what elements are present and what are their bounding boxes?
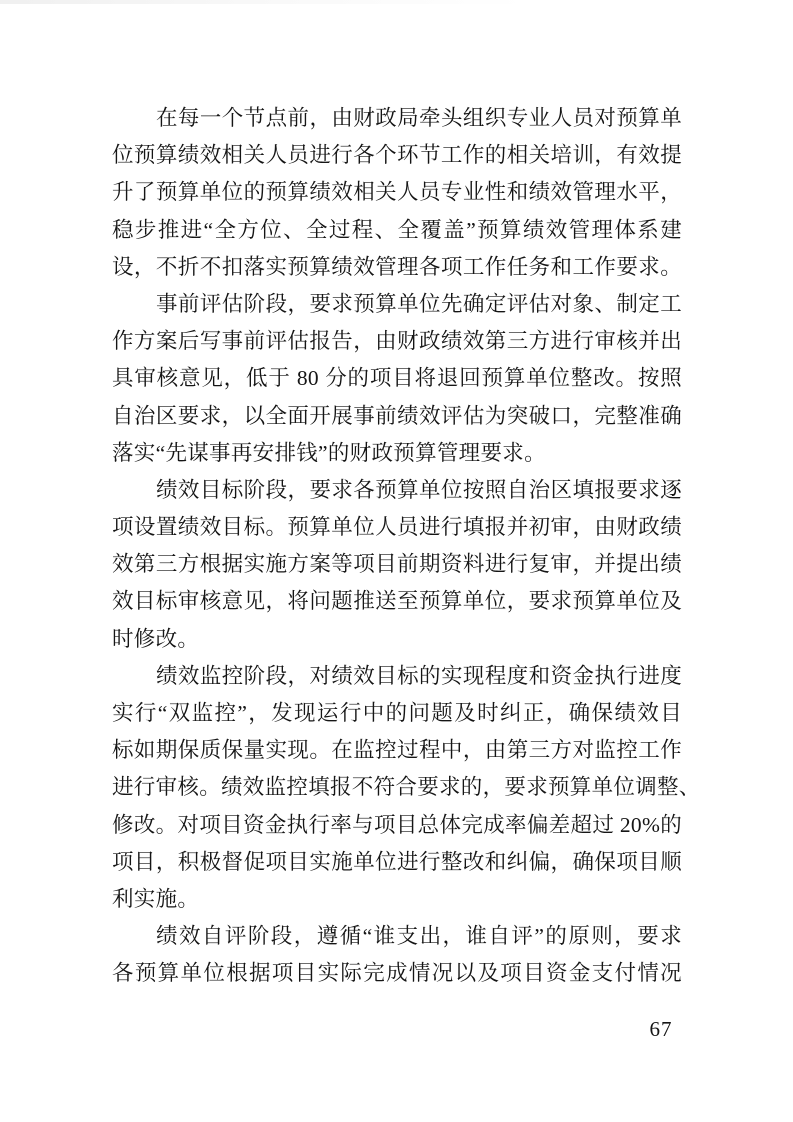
text-line: 效目标审核意见，将问题推送至预算单位，要求预算单位及 xyxy=(112,583,682,620)
text-line: 绩效监控阶段，对绩效目标的实现程度和资金执行进度 xyxy=(112,658,682,695)
text-line: 落实“先谋事再安排钱”的财政预算管理要求。 xyxy=(112,435,682,472)
text-line: 进行审核。绩效监控填报不符合要求的，要求预算单位调整、 xyxy=(112,769,682,806)
paragraph-performance-targets: 绩效目标阶段，要求各预算单位按照自治区填报要求逐 项设置绩效目标。预算单位人员进… xyxy=(112,472,682,658)
paragraph-performance-monitoring: 绩效监控阶段，对绩效目标的实现程度和资金执行进度 实行“双监控”，发现运行中的问… xyxy=(112,658,682,918)
text-line: 稳步推进“全方位、全过程、全覆盖”预算绩效管理体系建 xyxy=(112,212,682,249)
text-line: 项目，积极督促项目实施单位进行整改和纠偏，确保项目顺 xyxy=(112,844,682,881)
text-line: 升了预算单位的预算绩效相关人员专业性和绩效管理水平， xyxy=(112,174,682,211)
text-line: 项设置绩效目标。预算单位人员进行填报并初审，由财政绩 xyxy=(112,509,682,546)
text-line: 具审核意见，低于 80 分的项目将退回预算单位整改。按照 xyxy=(112,360,682,397)
text-line: 利实施。 xyxy=(112,881,682,918)
text-line: 标如期保质保量实现。在监控过程中，由第三方对监控工作 xyxy=(112,732,682,769)
text-line: 事前评估阶段，要求预算单位先确定评估对象、制定工 xyxy=(112,286,682,323)
text-line: 各预算单位根据项目实际完成情况以及项目资金支付情况 xyxy=(112,955,682,992)
text-line: 设，不折不扣落实预算绩效管理各项工作任务和工作要求。 xyxy=(112,249,682,286)
body-text: 在每一个节点前，由财政局牵头组织专业人员对预算单 位预算绩效相关人员进行各个环节… xyxy=(112,100,682,993)
text-line: 作方案后写事前评估报告，由财政绩效第三方进行审核并出 xyxy=(112,323,682,360)
document-page: 在每一个节点前，由财政局牵头组织专业人员对预算单 位预算绩效相关人员进行各个环节… xyxy=(0,0,793,1122)
text-line: 自治区要求，以全面开展事前绩效评估为突破口，完整准确 xyxy=(112,398,682,435)
paragraph-self-evaluation: 绩效自评阶段，遵循“谁支出，谁自评”的原则，要求 各预算单位根据项目实际完成情况… xyxy=(112,918,682,992)
page-number: 67 xyxy=(645,1016,677,1042)
scan-artifact xyxy=(0,0,555,4)
text-line: 绩效目标阶段，要求各预算单位按照自治区填报要求逐 xyxy=(112,472,682,509)
paragraph-pre-evaluation: 事前评估阶段，要求预算单位先确定评估对象、制定工 作方案后写事前评估报告，由财政… xyxy=(112,286,682,472)
text-line: 修改。对项目资金执行率与项目总体完成率偏差超过 20%的 xyxy=(112,807,682,844)
text-line: 时修改。 xyxy=(112,621,682,658)
text-line: 位预算绩效相关人员进行各个环节工作的相关培训，有效提 xyxy=(112,137,682,174)
text-line: 绩效自评阶段，遵循“谁支出，谁自评”的原则，要求 xyxy=(112,918,682,955)
text-line: 实行“双监控”，发现运行中的问题及时纠正，确保绩效目 xyxy=(112,695,682,732)
text-line: 在每一个节点前，由财政局牵头组织专业人员对预算单 xyxy=(112,100,682,137)
text-line: 效第三方根据实施方案等项目前期资料进行复审，并提出绩 xyxy=(112,546,682,583)
paragraph-training: 在每一个节点前，由财政局牵头组织专业人员对预算单 位预算绩效相关人员进行各个环节… xyxy=(112,100,682,286)
